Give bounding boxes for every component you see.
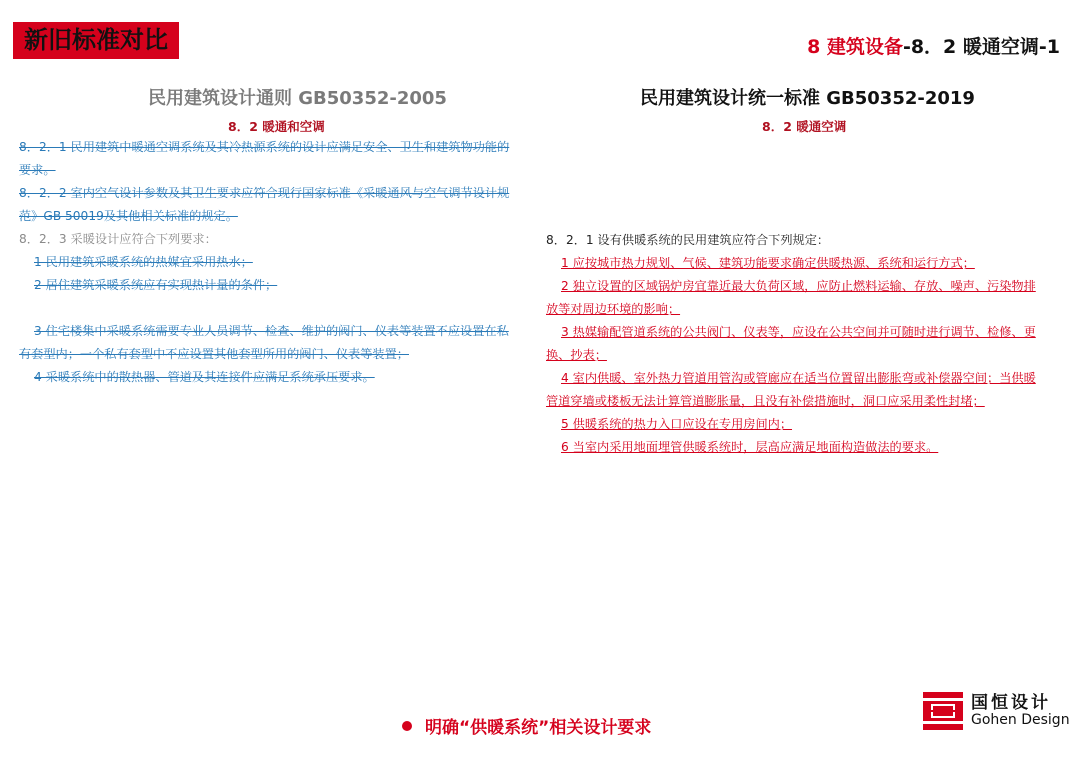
new-clause-line: 4 室内供暖、室外热力管道用管沟或管廊应在适当位置留出膨胀弯或补偿器空间；当供暖 [561, 371, 1036, 385]
new-standard-section: 8．2 暖通空调 [762, 117, 846, 135]
old-clause-line: 1 民用建筑采暖系统的热媒宜采用热水； [34, 255, 253, 269]
old-clause-line: 2 居住建筑采暖系统应有实现热计量的条件； [34, 278, 277, 292]
bullet-icon [402, 721, 412, 731]
logo-name-en: Gohen Design [971, 713, 1070, 728]
new-clause-line: 管道穿墙或楼板无法计算管道膨胀量，且没有补偿措施时，洞口应采用柔性封堵； [546, 394, 985, 408]
old-standard-title: 民用建筑设计通则 GB50352-2005 [148, 84, 447, 110]
old-clause-line: 3 住宅楼集中采暖系统需要专业人员调节、检查、维护的阀门、仪表等装置不应设置在私 [34, 324, 509, 338]
old-clause-line: 4 采暖系统中的散热器、管道及其连接件应满足系统承压要求。 [34, 370, 375, 384]
new-clause-line: 6 当室内采用地面埋管供暖系统时，层高应满足地面构造做法的要求。 [561, 440, 938, 454]
logo-mark-icon [923, 692, 963, 730]
spacer [19, 297, 534, 320]
new-clause-line: 8．2．1 设有供暖系统的民用建筑应符合下列规定： [546, 229, 1061, 252]
old-clause-line: 有套型内；一个私有套型中不应设置其他套型所用的阀门、仪表等装置； [19, 347, 409, 361]
new-clause-line: 1 应按城市热力规划、气候、建筑功能要求确定供暖热源、系统和运行方式； [561, 256, 975, 270]
new-clause-line: 5 供暖系统的热力入口应设在专用房间内； [561, 417, 792, 431]
company-logo: 国恒设计 Gohen Design [923, 692, 1070, 730]
logo-name-cn: 国恒设计 [971, 694, 1070, 713]
old-clause-line: 8．2．1 民用建筑中暖通空调系统及其冷热源系统的设计应满足安全、卫生和建筑物功… [19, 136, 534, 159]
old-clause-line: 8．2．3 采暖设计应符合下列要求： [19, 228, 534, 251]
old-clause-line: 要求。 [19, 159, 534, 182]
new-standard-content: 8．2．1 设有供暖系统的民用建筑应符合下列规定： 1 应按城市热力规划、气候、… [546, 229, 1061, 459]
section-heading: 8 建筑设备-8．2 暖通空调-1 [807, 32, 1060, 59]
old-standard-section: 8．2 暖通和空调 [228, 117, 325, 135]
old-standard-content: 8．2．1 民用建筑中暖通空调系统及其冷热源系统的设计应满足安全、卫生和建筑物功… [19, 136, 534, 389]
new-clause-line: 2 独立设置的区域锅炉房宜靠近最大负荷区域，应防止燃料运输、存放、噪声、污染物排 [561, 279, 1036, 293]
section-heading-chapter: 8 建筑设备 [807, 36, 903, 58]
summary-note: 明确“供暖系统”相关设计要求 [402, 713, 651, 738]
page-title-badge: 新旧标准对比 [13, 22, 179, 59]
new-clause-line: 放等对周边环境的影响； [546, 302, 680, 316]
old-clause-line: 范》GB 50019及其他相关标准的规定。 [19, 205, 534, 228]
new-clause-line: 3 热媒输配管道系统的公共阀门、仪表等，应设在公共空间并可随时进行调节、检修、更 [561, 325, 1036, 339]
new-clause-line: 换、抄表； [546, 348, 607, 362]
summary-note-text: 明确“供暖系统”相关设计要求 [425, 713, 651, 738]
section-heading-subsection: -8．2 暖通空调-1 [903, 36, 1060, 58]
new-standard-title: 民用建筑设计统一标准 GB50352-2019 [640, 84, 975, 110]
old-clause-line: 8．2．2 室内空气设计参数及其卫生要求应符合现行国家标准《采暖通风与空气调节设… [19, 182, 534, 205]
